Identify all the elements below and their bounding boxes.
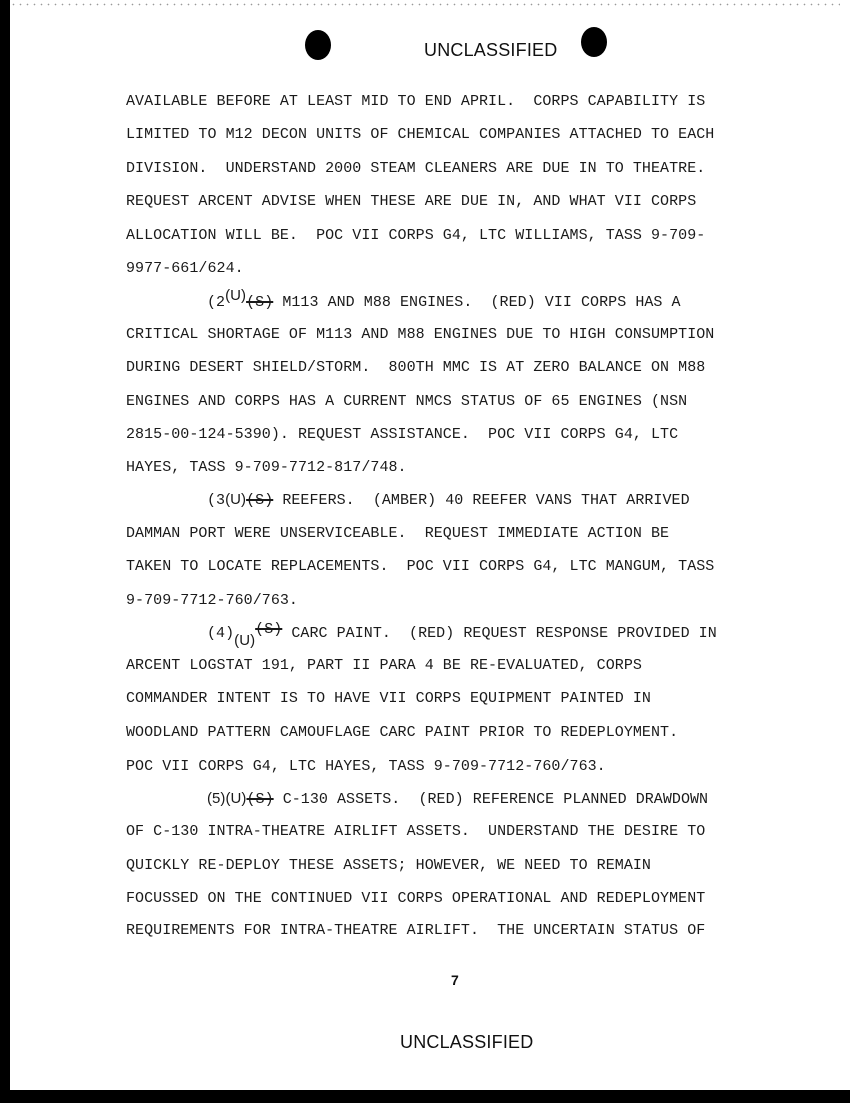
body-line: ARCENT LOGSTAT 191, PART II PARA 4 BE RE… [126, 657, 642, 674]
punch-hole-left [305, 30, 331, 60]
body-line: ALLOCATION WILL BE. POC VII CORPS G4, LT… [126, 227, 705, 244]
struck-classification-marking: (S) [246, 791, 273, 808]
paragraph-number: (2 [207, 294, 225, 311]
paragraph-number: (3 [207, 492, 225, 509]
body-line: TAKEN TO LOCATE REPLACEMENTS. POC VII CO… [126, 558, 714, 575]
body-line: DURING DESERT SHIELD/STORM. 800TH MMC IS… [126, 359, 705, 376]
paragraph-first-line: M113 AND M88 ENGINES. (RED) VII CORPS HA… [282, 294, 680, 311]
body-line: 9977-661/624. [126, 260, 244, 277]
punch-hole-right [581, 27, 607, 57]
body-line: COMMANDER INTENT IS TO HAVE VII CORPS EQ… [126, 690, 651, 707]
body-line: FOCUSSED ON THE CONTINUED VII CORPS OPER… [126, 890, 705, 907]
body-line: DAMMAN PORT WERE UNSERVICEABLE. REQUEST … [126, 525, 669, 542]
paragraph-first-line: CARC PAINT. (RED) REQUEST RESPONSE PROVI… [291, 625, 716, 642]
body-line: AVAILABLE BEFORE AT LEAST MID TO END APR… [126, 93, 705, 110]
struck-classification-marking: (S) [255, 621, 282, 638]
body-line: 2815-00-124-5390). REQUEST ASSISTANCE. P… [126, 426, 678, 443]
scan-edge-left [0, 0, 10, 1103]
scan-noise-top [10, 2, 840, 8]
classification-marking: (U) [225, 790, 246, 807]
scan-edge-bottom [0, 1090, 850, 1103]
body-line: WOODLAND PATTERN CAMOUFLAGE CARC PAINT P… [126, 724, 678, 741]
classification-marking: (U) [234, 632, 255, 649]
body-line: 9-709-7712-760/763. [126, 592, 298, 609]
struck-classification-marking: (S) [246, 294, 273, 311]
body-line: DIVISION. UNDERSTAND 2000 STEAM CLEANERS… [126, 160, 705, 177]
body-line: REQUEST ARCENT ADVISE WHEN THESE ARE DUE… [126, 193, 696, 210]
body-line: ENGINES AND CORPS HAS A CURRENT NMCS STA… [126, 393, 687, 410]
struck-classification-marking: (S) [246, 492, 273, 509]
document-page: UNCLASSIFIED AVAILABLE BEFORE AT LEAST M… [0, 0, 850, 1103]
body-line: HAYES, TASS 9-709-7712-817/748. [126, 459, 407, 476]
body-line: CRITICAL SHORTAGE OF M113 AND M88 ENGINE… [126, 326, 714, 343]
paragraph-4-heading: (4)(U)(S) CARC PAINT. (RED) REQUEST RESP… [207, 624, 717, 642]
body-line: REQUIREMENTS FOR INTRA-THEATRE AIRLIFT. … [126, 922, 705, 939]
classification-header: UNCLASSIFIED [424, 40, 557, 61]
paragraph-5-heading: (5)(U)(S) C-130 ASSETS. (RED) REFERENCE … [207, 790, 708, 808]
classification-footer: UNCLASSIFIED [400, 1032, 533, 1053]
body-line: LIMITED TO M12 DECON UNITS OF CHEMICAL C… [126, 126, 714, 143]
body-line: QUICKLY RE-DEPLOY THESE ASSETS; HOWEVER,… [126, 857, 651, 874]
classification-marking: (U) [225, 491, 246, 508]
body-line: OF C-130 INTRA-THEATRE AIRLIFT ASSETS. U… [126, 823, 705, 840]
paragraph-number: (5) [207, 790, 225, 807]
paragraph-first-line: C-130 ASSETS. (RED) REFERENCE PLANNED DR… [283, 791, 708, 808]
paragraph-3-heading: (3(U)(S) REEFERS. (AMBER) 40 REEFER VANS… [207, 491, 690, 509]
page-number: 7 [451, 972, 459, 988]
paragraph-number: (4) [207, 625, 234, 642]
paragraph-2-heading: (2(U)(S) M113 AND M88 ENGINES. (RED) VII… [207, 293, 681, 311]
paragraph-first-line: REEFERS. (AMBER) 40 REEFER VANS THAT ARR… [282, 492, 689, 509]
body-line: POC VII CORPS G4, LTC HAYES, TASS 9-709-… [126, 758, 606, 775]
classification-marking: (U) [225, 287, 246, 304]
